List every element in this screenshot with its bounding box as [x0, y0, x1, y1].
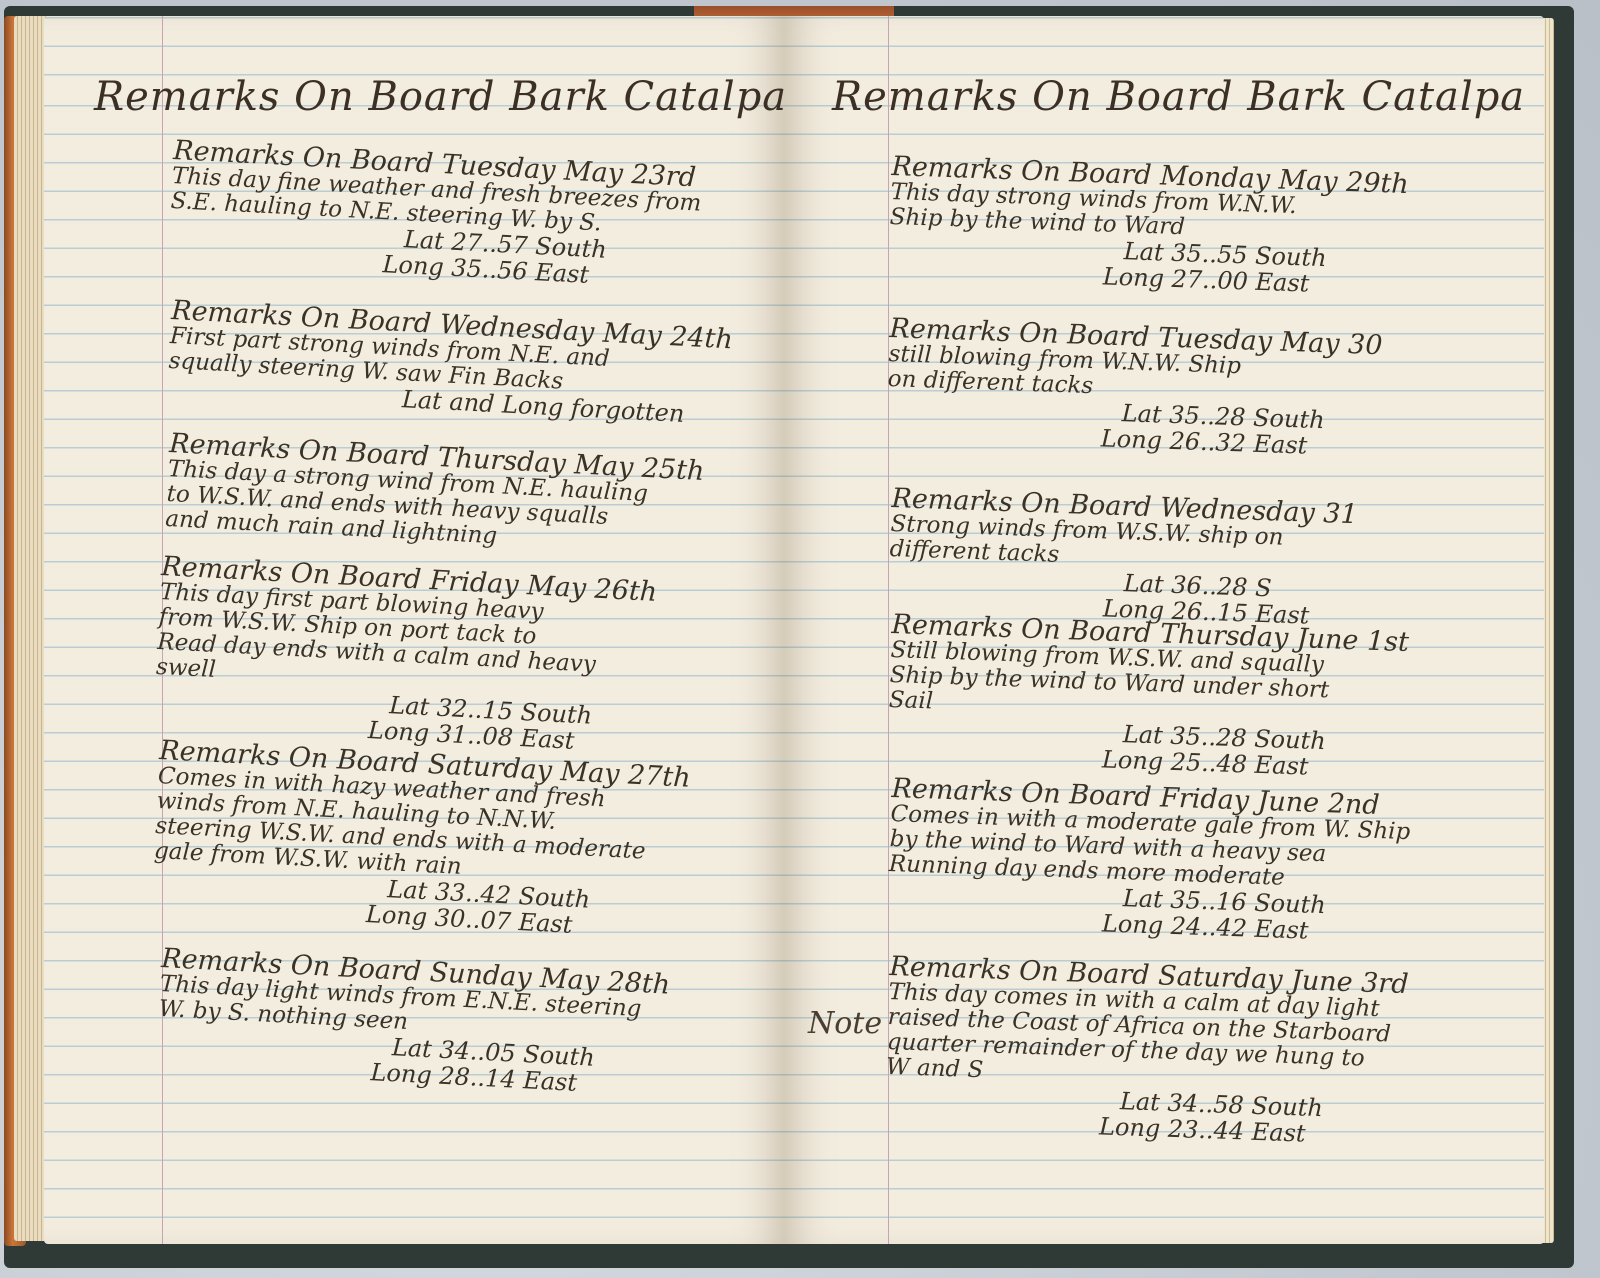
left-page: Remarks On Board Bark Catalpa Remarks On… — [44, 16, 784, 1244]
log-entry: Remarks On Board Friday May 26th This da… — [153, 554, 658, 758]
log-entry: Remarks On Board Tuesday May 30 still bl… — [886, 316, 1383, 461]
log-entry: Remarks On Board Saturday June 3rd This … — [884, 954, 1409, 1150]
log-entry: Remarks On Board Thursday June 1st Still… — [887, 612, 1410, 783]
log-entry: Remarks On Board Friday June 2nd Comes i… — [887, 776, 1412, 947]
log-entry: Remarks On Board Saturday May 27th Comes… — [151, 738, 692, 944]
log-entry: Remarks On Board Wednesday May 24th Firs… — [167, 298, 734, 429]
log-entry: Remarks On Board Thursday May 25th This … — [165, 431, 705, 560]
right-page: Remarks On Board Bark Catalpa Note Remar… — [784, 16, 1544, 1244]
logbook: Remarks On Board Bark Catalpa Remarks On… — [4, 6, 1574, 1268]
log-entry: Remarks On Board Wednesday 31 Strong win… — [888, 486, 1359, 630]
log-entry: Remarks On Board Tuesday May 23rd This d… — [167, 138, 703, 294]
log-entry: Remarks On Board Sunday May 28th This da… — [155, 946, 670, 1100]
margin-note: Note — [808, 1006, 882, 1041]
page-header: Remarks On Board Bark Catalpa — [94, 74, 784, 120]
page-header: Remarks On Board Bark Catalpa — [832, 74, 1525, 120]
log-entry: Remarks On Board Monday May 29th This da… — [888, 154, 1410, 300]
